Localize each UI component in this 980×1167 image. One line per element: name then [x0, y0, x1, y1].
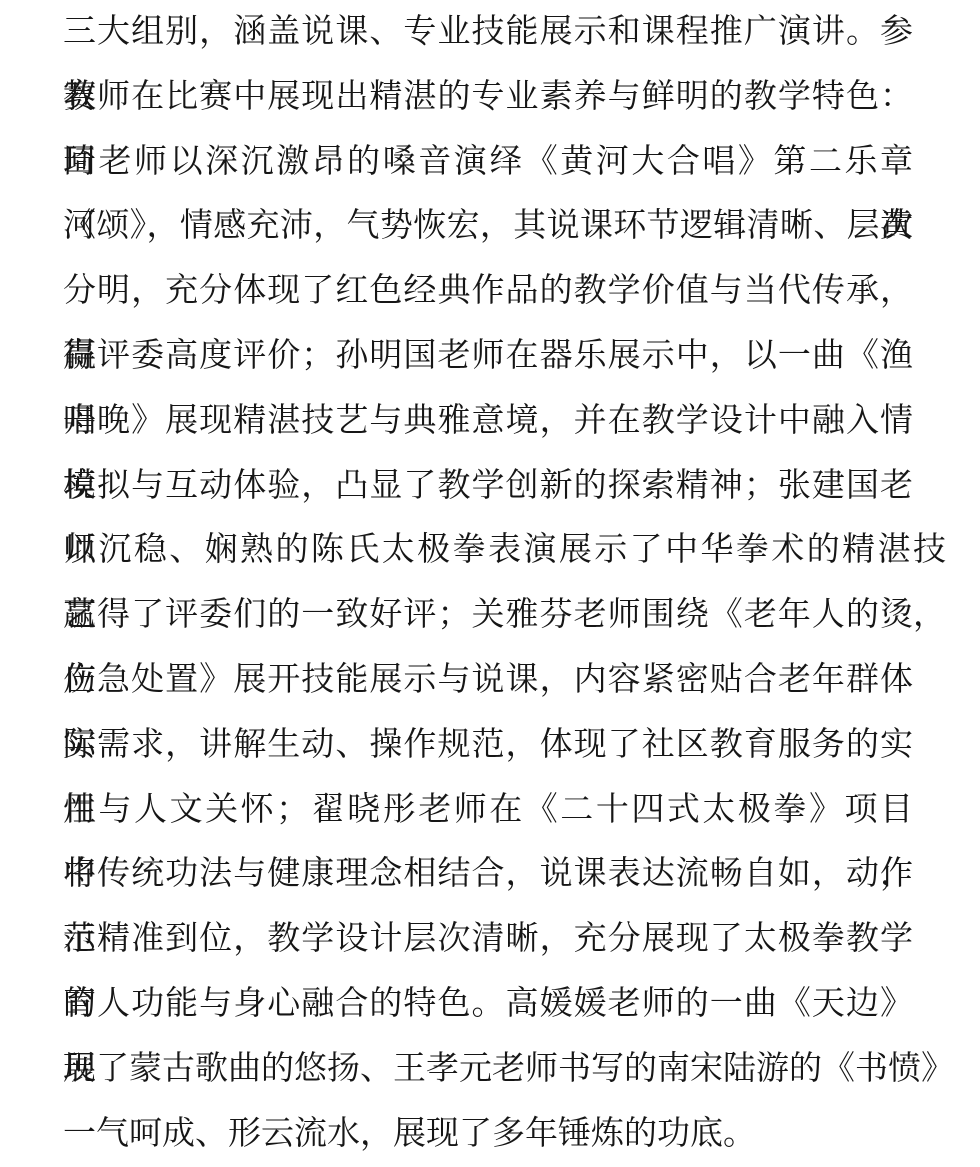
paragraph: 三大组别，涵盖说课、专业技能展示和课程推广演讲。参赛 教师在比赛中展现出精湛的专… [63, 0, 980, 1166]
text-line: 琦老师以深沉激昂的嗓音演绎《黄河大合唱》第二乐章《黄 [63, 130, 913, 195]
document-page: 三大组别，涵盖说课、专业技能展示和课程推广演讲。参赛 教师在比赛中展现出精湛的专… [0, 0, 980, 1167]
text-line: 际需求，讲解生动、操作规范，体现了社区教育服务的实用 [63, 713, 913, 778]
text-line: 赢得了评委们的一致好评；关雅芬老师围绕《老年人的烫伤 [63, 583, 913, 648]
text-line: 唱晚》展现精湛技艺与典雅意境，并在教学设计中融入情境 [63, 389, 913, 454]
text-line: 现了蒙古歌曲的悠扬、王孝元老师书写的南宋陆游的《书愤》 [63, 1037, 946, 1102]
text-line: 性与人文关怀；翟晓彤老师在《二十四式太极拳》项目中， [63, 778, 913, 843]
text-line: 范精准到位，教学设计层次清晰，充分展现了太极拳教学的 [63, 907, 913, 972]
text-line: 育人功能与身心融合的特色。高媛媛老师的一曲《天边》展 [63, 972, 913, 1037]
text-line: 以沉稳、娴熟的陈氏太极拳表演展示了中华拳术的精湛技艺， [63, 518, 946, 583]
text-line: 得评委高度评价；孙明国老师在器乐展示中，以一曲《渔舟 [63, 324, 913, 389]
text-line: 分明，充分体现了红色经典作品的教学价值与当代传承，赢 [63, 259, 913, 324]
text-line: 三大组别，涵盖说课、专业技能展示和课程推广演讲。参赛 [63, 0, 913, 65]
text-line: 河颂》，情感充沛，气势恢宏，其说课环节逻辑清晰、层次 [63, 194, 913, 259]
text-line: 教师在比赛中展现出精湛的专业素养与鲜明的教学特色：回 [63, 65, 913, 130]
text-line: 将传统功法与健康理念相结合，说课表达流畅自如，动作示 [63, 842, 913, 907]
text-line: 模拟与互动体验，凸显了教学创新的探索精神；张建国老师 [63, 454, 913, 519]
text-line: 一气呵成、形云流水，展现了多年锤炼的功底。 [63, 1102, 913, 1167]
text-line: 应急处置》展开技能展示与说课，内容紧密贴合老年群体实 [63, 648, 913, 713]
